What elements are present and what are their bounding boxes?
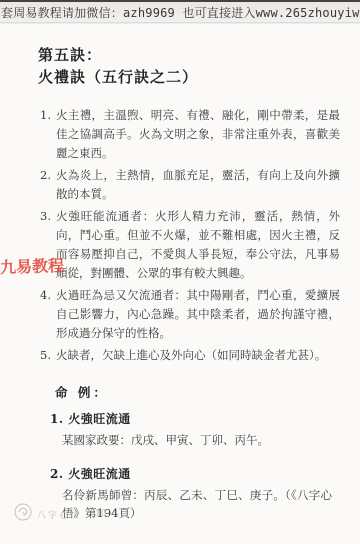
publisher-logo-icon <box>14 503 32 525</box>
chapter-title: 第五訣： 火禮訣（五行訣之二） <box>38 44 360 88</box>
footer-page-number: 10 <box>95 509 106 519</box>
numbered-list: 1. 火主禮，主溫煦、明亮、有禮、融化，剛中帶柔，是最佳之協調高手。火為文明之象… <box>40 106 360 365</box>
list-item-text: 火缺者，欠缺上進心及外向心（如同時缺金者尤甚）。 <box>56 346 340 365</box>
example-title: 1. 火強旺流通 <box>50 410 360 427</box>
example-number: 2. <box>50 467 64 481</box>
list-item: 1. 火主禮，主溫煦、明亮、有禮、融化，剛中帶柔，是最佳之協調高手。火為文明之象… <box>40 106 360 163</box>
list-item: 4. 火過旺為忌又欠流通者：其中陽剛者，鬥心重，愛擴展自己影響力，內心急躁。其中… <box>40 286 360 343</box>
list-item-number: 2. <box>40 166 56 204</box>
list-item: 5. 火缺者，欠缺上進心及外向心（如同時缺金者尤甚）。 <box>40 346 360 365</box>
list-item-number: 3. <box>40 207 56 283</box>
example-detail: 某國家政要：戊戌、甲寅、丁卯、丙午。 <box>62 431 332 449</box>
chapter-title-line2: 火禮訣（五行訣之二） <box>38 66 360 88</box>
list-item-text: 火為炎上，主熱情，血脈充足，靈活，有向上及向外擴散的本質。 <box>56 166 340 204</box>
page-footer: 八字心悟 10 <box>14 503 106 525</box>
promo-banner: 套周易教程请加微信：azh9969 也可直接进入www.265zhouyiw <box>0 0 360 22</box>
example-title: 2. 火強旺流通 <box>50 465 360 482</box>
example-block: 1. 火強旺流通 某國家政要：戊戌、甲寅、丁卯、丙午。 <box>0 410 360 449</box>
list-item-number: 1. <box>40 106 56 163</box>
examples-heading: 命 例： <box>55 383 360 401</box>
list-item: 2. 火為炎上，主熱情，血脈充足，靈活，有向上及向外擴散的本質。 <box>40 166 360 204</box>
list-item-text: 火主禮，主溫煦、明亮、有禮、融化，剛中帶柔，是最佳之協調高手。火為文明之象，非常… <box>56 106 340 163</box>
list-item-text: 火過旺為忌又欠流通者：其中陽剛者，鬥心重，愛擴展自己影響力，內心急躁。其中陰柔者… <box>56 286 340 343</box>
list-item-number: 5. <box>40 346 56 365</box>
chapter-title-line1: 第五訣： <box>38 44 360 66</box>
list-item: 3. 火強旺能流通者：火形人精力充沛，靈活，熱情，外向，鬥心重。但並不火爆，並不… <box>40 207 360 283</box>
footer-book-title: 八字心悟 <box>37 508 81 521</box>
promo-banner-text: 套周易教程请加微信：azh9969 也可直接进入www.265zhouyiw <box>1 4 360 21</box>
list-item-number: 4. <box>40 286 56 343</box>
example-number: 1. <box>50 412 64 426</box>
example-title-text: 火強旺流通 <box>68 412 131 426</box>
document-page: 第五訣： 火禮訣（五行訣之二） 1. 火主禮，主溫煦、明亮、有禮、融化，剛中帶柔… <box>0 44 360 522</box>
example-title-text: 火強旺流通 <box>68 467 131 481</box>
list-item-text: 火強旺能流通者：火形人精力充沛，靈活，熱情，外向，鬥心重。但並不火爆，並不難相處… <box>56 207 340 283</box>
